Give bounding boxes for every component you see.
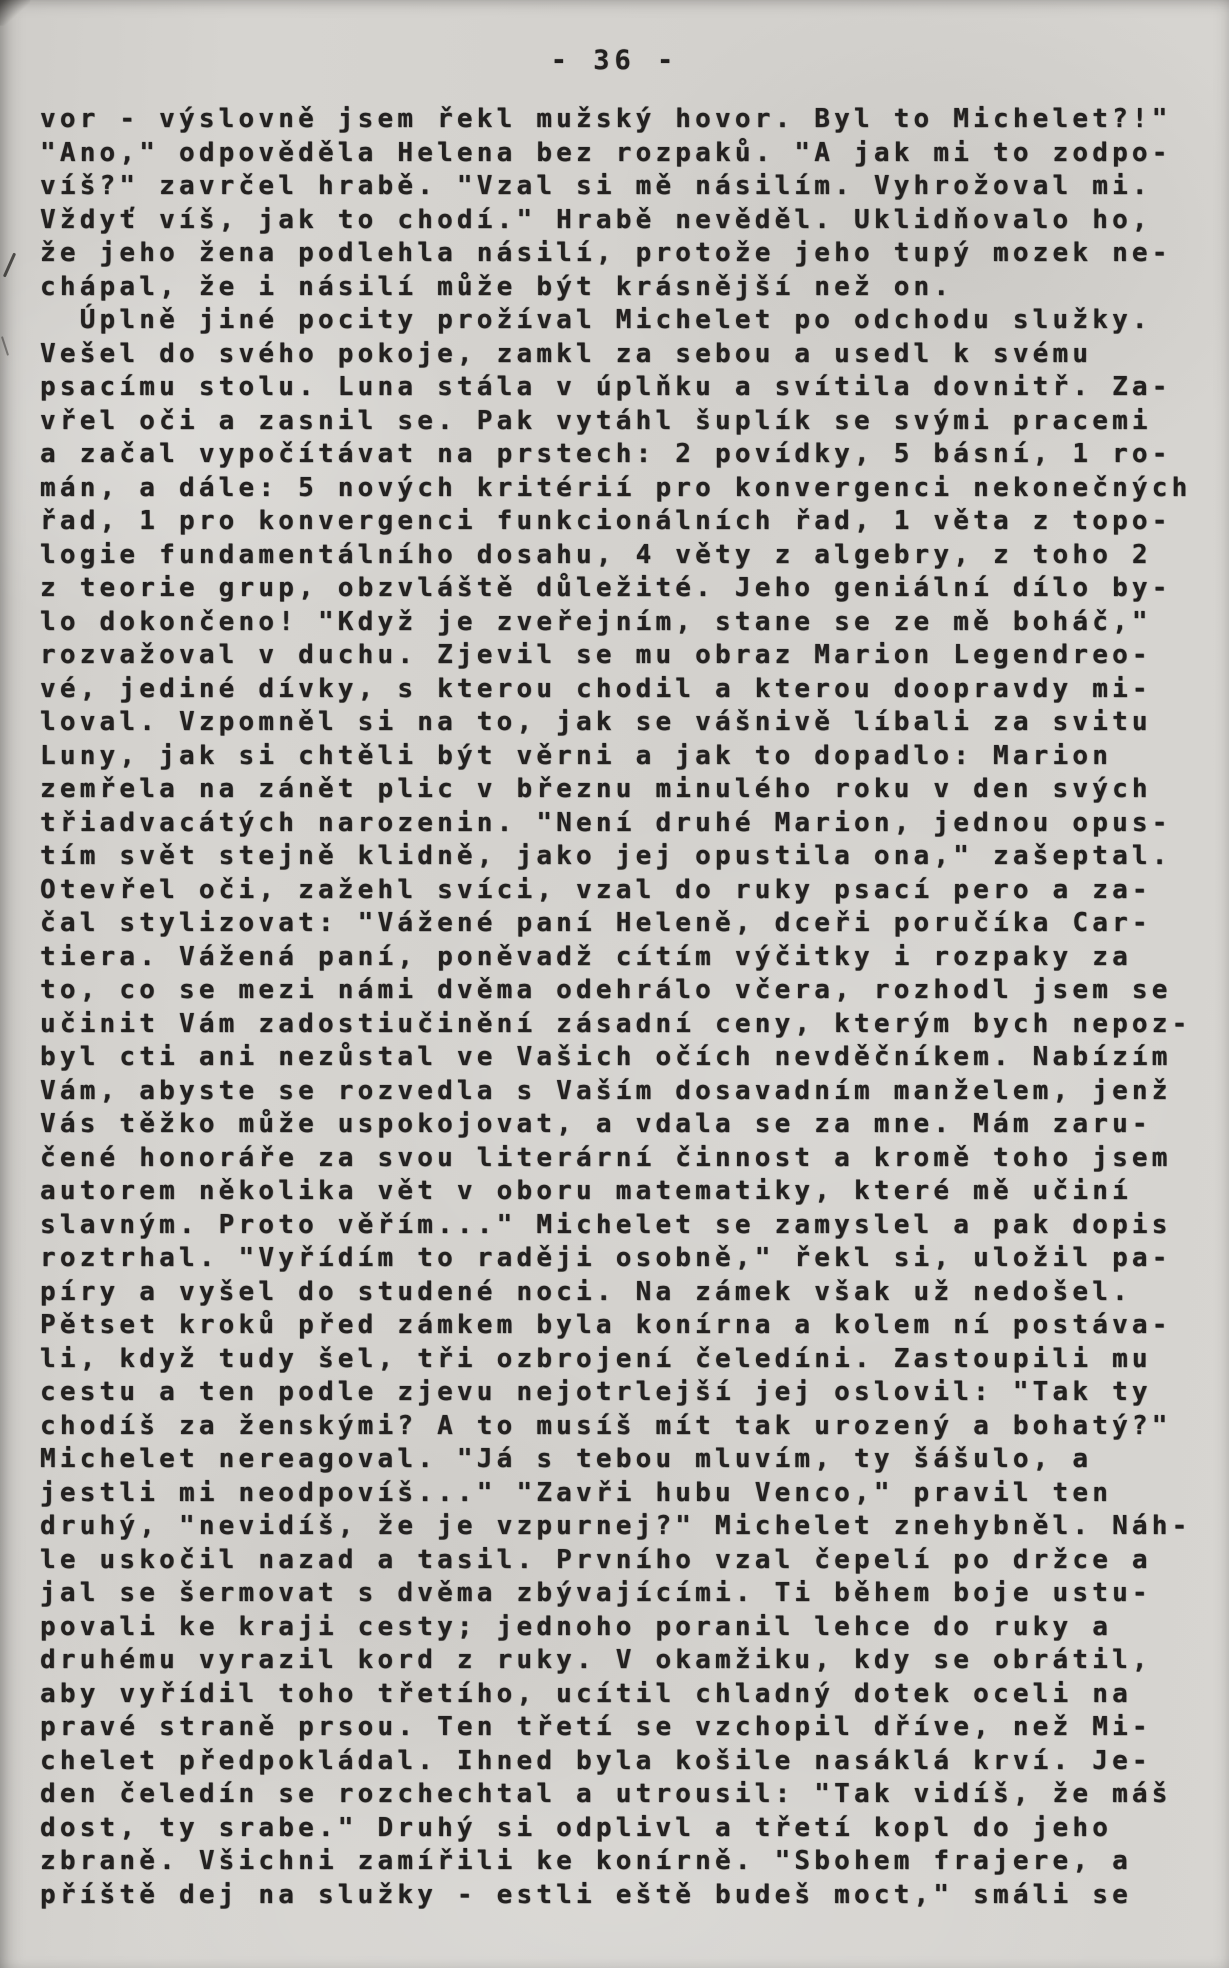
text-line: čené honoráře za svou literární činnost …	[40, 1142, 1219, 1176]
text-line: to, co se mezi námi dvěma odehrálo včera…	[40, 974, 1219, 1008]
paragraph: Úplně jiné pocity prožíval Michelet po o…	[40, 304, 1219, 1912]
text-line: vor - výslovně jsem řekl mužský hovor. B…	[40, 103, 1219, 137]
text-line: víš?" zavrčel hrabě. "Vzal si mě násilím…	[40, 170, 1219, 204]
text-line: čal stylizovat: "Vážené paní Heleně, dce…	[40, 907, 1219, 941]
text-line: vřel oči a zasnil se. Pak vytáhl šuplík …	[40, 405, 1219, 439]
text-line: rozvažoval v duchu. Zjevil se mu obraz M…	[40, 639, 1219, 673]
text-line: mán, a dále: 5 nových kritérií pro konve…	[40, 472, 1219, 506]
text-line: roztrhal. "Vyřídím to raději osobně," ře…	[40, 1242, 1219, 1276]
text-line: příště dej na služky - estli eště budeš …	[40, 1879, 1219, 1913]
text-line: le uskočil nazad a tasil. Prvního vzal č…	[40, 1544, 1219, 1578]
text-line: Otevřel oči, zažehl svíci, vzal do ruky …	[40, 874, 1219, 908]
text-line: vé, jediné dívky, s kterou chodil a kter…	[40, 673, 1219, 707]
text-line: autorem několika vět v oboru matematiky,…	[40, 1175, 1219, 1209]
text-line: slavným. Proto věřím..." Michelet se zam…	[40, 1209, 1219, 1243]
text-line: li, když tudy šel, tři ozbrojení čeledín…	[40, 1343, 1219, 1377]
text-line: druhý, "nevidíš, že je vzpurnej?" Michel…	[40, 1510, 1219, 1544]
text-line: logie fundamentálního dosahu, 4 věty z a…	[40, 539, 1219, 573]
text-line: chelet předpokládal. Ihned byla košile n…	[40, 1745, 1219, 1779]
text-line: dost, ty srabe." Druhý si odplivl a třet…	[40, 1812, 1219, 1846]
text-line: Vždyť víš, jak to chodí." Hrabě nevěděl.…	[40, 204, 1219, 238]
scan-corner-artifact	[0, 0, 31, 27]
text-line: Vešel do svého pokoje, zamkl za sebou a …	[40, 338, 1219, 372]
text-line: chápal, že i násilí může být krásnější n…	[40, 271, 1219, 305]
text-line: že jeho žena podlehla násilí, protože je…	[40, 237, 1219, 271]
text-line: třiadvacátých narozenin. "Není druhé Mar…	[40, 807, 1219, 841]
text-line: zbraně. Všichni zamířili ke konírně. "Sb…	[40, 1845, 1219, 1879]
text-line: den čeledín se rozchechtal a utrousil: "…	[40, 1778, 1219, 1812]
text-line: psacímu stolu. Luna stála v úplňku a sví…	[40, 371, 1219, 405]
text-line: povali ke kraji cesty; jednoho poranil l…	[40, 1611, 1219, 1645]
page-number: - 36 -	[0, 44, 1229, 78]
page-body: vor - výslovně jsem řekl mužský hovor. B…	[0, 103, 1229, 1912]
text-line: pravé straně prsou. Ten třetí se vzchopi…	[40, 1711, 1219, 1745]
text-line: a začal vypočítávat na prstech: 2 povídk…	[40, 438, 1219, 472]
text-line: řad, 1 pro konvergenci funkcionálních řa…	[40, 505, 1219, 539]
text-line: píry a vyšel do studené noci. Na zámek v…	[40, 1276, 1219, 1310]
text-line: "Ano," odpověděla Helena bez rozpaků. "A…	[40, 137, 1219, 171]
text-line: Pětset kroků před zámkem byla konírna a …	[40, 1309, 1219, 1343]
text-line: chodíš za ženskými? A to musíš mít tak u…	[40, 1410, 1219, 1444]
text-line: Vám, abyste se rozvedla s Vaším dosavadn…	[40, 1075, 1219, 1109]
text-line: zemřela na zánět plic v březnu minulého …	[40, 773, 1219, 807]
text-line: druhému vyrazil kord z ruky. V okamžiku,…	[40, 1644, 1219, 1678]
text-line: byl cti ani nezůstal ve Vašich očích nev…	[40, 1041, 1219, 1075]
text-line: loval. Vzpomněl si na to, jak se vášnivě…	[40, 706, 1219, 740]
text-line: jal se šermovat s dvěma zbývajícími. Ti …	[40, 1577, 1219, 1611]
text-line: Úplně jiné pocity prožíval Michelet po o…	[40, 304, 1219, 338]
text-line: aby vyřídil toho třetího, ucítil chladný…	[40, 1678, 1219, 1712]
text-line: učinit Vám zadostiučinění zásadní ceny, …	[40, 1008, 1219, 1042]
text-line: Michelet nereagoval. "Já s tebou mluvím,…	[40, 1443, 1219, 1477]
text-line: cestu a ten podle zjevu nejotrlejší jej …	[40, 1376, 1219, 1410]
scanned-typescript-page: - 36 - vor - výslovně jsem řekl mužský h…	[0, 0, 1229, 1968]
text-line: lo dokončeno! "Když je zveřejním, stane …	[40, 606, 1219, 640]
text-line: tiera. Vážená paní, poněvadž cítím výčit…	[40, 941, 1219, 975]
text-line: jestli mi neodpovíš..." "Zavři hubu Venc…	[40, 1477, 1219, 1511]
text-line: Vás těžko může uspokojovat, a vdala se z…	[40, 1108, 1219, 1142]
text-line: Luny, jak si chtěli být věrni a jak to d…	[40, 740, 1219, 774]
text-line: z teorie grup, obzvláště důležité. Jeho …	[40, 572, 1219, 606]
text-line: tím svět stejně klidně, jako jej opustil…	[40, 840, 1219, 874]
paragraph: vor - výslovně jsem řekl mužský hovor. B…	[40, 103, 1219, 304]
